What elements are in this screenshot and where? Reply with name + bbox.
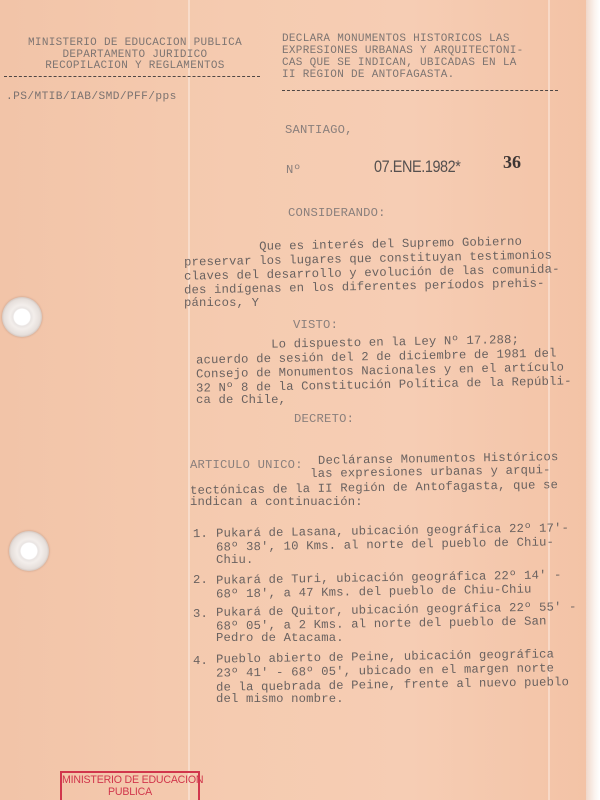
number-label: Nº — [286, 163, 301, 177]
ministry-stamp: MINISTERIO DE EDUCACION PUBLICA — [60, 771, 200, 800]
header-rule — [4, 76, 260, 77]
item-number: 3. — [193, 607, 208, 621]
ministry-name: MINISTERIO DE EDUCACION PUBLICA — [4, 38, 266, 50]
considerando-heading: CONSIDERANDO: — [288, 206, 386, 220]
subject-line: EXPRESIONES URBANAS Y ARQUITECTONI- — [282, 45, 524, 57]
stamp-line: PUBLICA — [62, 785, 198, 797]
text-line: indican a continuación: — [190, 495, 363, 509]
subject-line: DECLARA MONUMENTOS HISTORICOS LAS — [282, 33, 524, 45]
ministry-header: MINISTERIO DE EDUCACION PUBLICA DEPARTAM… — [4, 38, 266, 73]
visto-heading: VISTO: — [293, 318, 338, 332]
subject-line: II REGION DE ANTOFAGASTA. — [282, 69, 524, 81]
section-name: RECOPILACION Y REGLAMENTOS — [4, 61, 266, 73]
fold-crease — [188, 0, 190, 800]
binder-hole-icon — [9, 531, 49, 571]
text-line: del mismo nombre. — [216, 692, 344, 706]
place-label: SANTIAGO, — [285, 123, 353, 137]
decree-number: 36 — [503, 152, 521, 173]
text-line: ca de Chile, — [196, 393, 286, 407]
stamp-line: MINISTERIO DE EDUCACION — [62, 773, 198, 785]
text-line: pánicos, Y — [184, 296, 259, 310]
decree-subject: DECLARA MONUMENTOS HISTORICOS LAS EXPRES… — [282, 33, 524, 81]
subject-rule — [282, 90, 558, 91]
reference-code: .PS/MTIB/IAB/SMD/PFF/pps — [6, 91, 177, 103]
subject-line: CAS QUE SE INDICAN, UBICADAS EN LA — [282, 57, 524, 69]
binder-hole-icon — [2, 297, 42, 337]
item-number: 2. — [193, 573, 208, 587]
decreto-heading: DECRETO: — [294, 412, 354, 426]
item-number: 1. — [193, 527, 208, 541]
date-stamp: 07.ENE.1982* — [374, 157, 460, 177]
item-number: 4. — [193, 654, 208, 668]
page-edge — [586, 0, 600, 800]
text-line: Pedro de Atacama. — [216, 631, 344, 645]
text-line: Chiu. — [216, 553, 254, 567]
